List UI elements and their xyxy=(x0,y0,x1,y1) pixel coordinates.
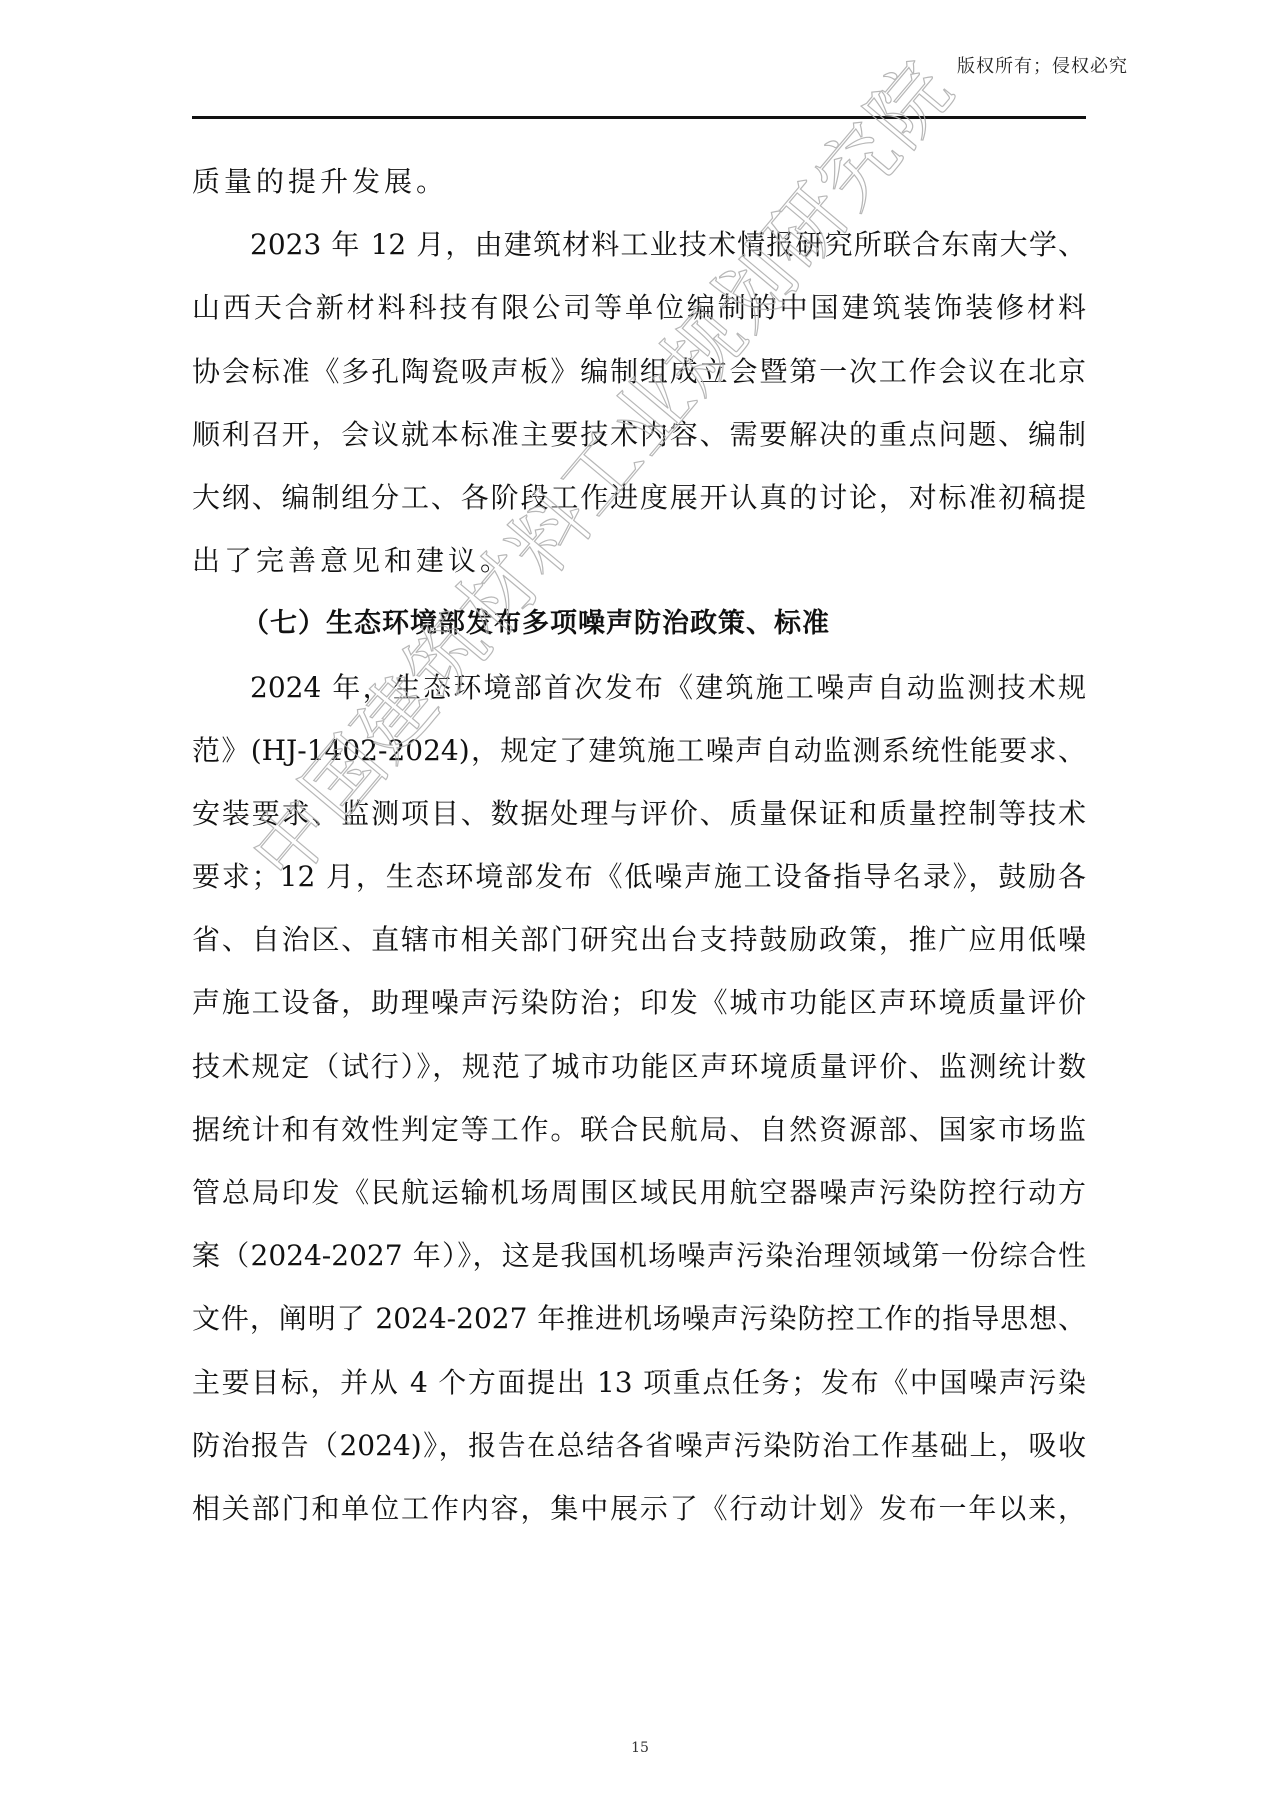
paragraph-line: 案（2024-2027 年）》，这是我国机场噪声污染治理领域第一份综合性 xyxy=(192,1224,1086,1287)
paragraph-line: 相关部门和单位工作内容，集中展示了《行动计划》发布一年以来， xyxy=(192,1477,1086,1540)
document-body: 质量的提升发展。 2023 年 12 月，由建筑材料工业技术情报研究所联合东南大… xyxy=(192,150,1086,1540)
page-number: 15 xyxy=(0,1740,1280,1756)
paragraph-line: 2024 年，生态环境部首次发布《建筑施工噪声自动监测技术规 xyxy=(192,656,1086,719)
paragraph-line: 2023 年 12 月，由建筑材料工业技术情报研究所联合东南大学、 xyxy=(192,213,1086,276)
paragraph-line: 安装要求、监测项目、数据处理与评价、质量保证和质量控制等技术 xyxy=(192,782,1086,845)
paragraph-line: 顺利召开，会议就本标准主要技术内容、需要解决的重点问题、编制 xyxy=(192,403,1086,466)
paragraph-line: 技术规定（试行）》，规范了城市功能区声环境质量评价、监测统计数 xyxy=(192,1035,1086,1098)
copyright-header: 版权所有；侵权必究 xyxy=(957,52,1128,78)
header-divider xyxy=(192,116,1086,119)
document-page: 版权所有；侵权必究 质量的提升发展。 2023 年 12 月，由建筑材料工业技术… xyxy=(0,0,1280,1809)
paragraph-line: 出了完善意见和建议。 xyxy=(192,529,1086,592)
paragraph-line: 文件，阐明了 2024-2027 年推进机场噪声污染防控工作的指导思想、 xyxy=(192,1287,1086,1350)
paragraph-line: 防治报告（2024)》，报告在总结各省噪声污染防治工作基础上，吸收 xyxy=(192,1414,1086,1477)
paragraph-line: 管总局印发《民航运输机场周围区域民用航空器噪声污染防控行动方 xyxy=(192,1161,1086,1224)
paragraph-line: 协会标准《多孔陶瓷吸声板》编制组成立会暨第一次工作会议在北京 xyxy=(192,340,1086,403)
paragraph-line: 范》(HJ-1402-2024)，规定了建筑施工噪声自动监测系统性能要求、 xyxy=(192,719,1086,782)
paragraph-line: 据统计和有效性判定等工作。联合民航局、自然资源部、国家市场监 xyxy=(192,1098,1086,1161)
paragraph-line: 质量的提升发展。 xyxy=(192,150,1086,213)
paragraph-line: 要求；12 月，生态环境部发布《低噪声施工设备指导名录》，鼓励各 xyxy=(192,845,1086,908)
paragraph-line: 省、自治区、直辖市相关部门研究出台支持鼓励政策，推广应用低噪 xyxy=(192,908,1086,971)
paragraph-line: 主要目标，并从 4 个方面提出 13 项重点任务；发布《中国噪声污染 xyxy=(192,1351,1086,1414)
paragraph-line: 声施工设备，助理噪声污染防治；印发《城市功能区声环境质量评价 xyxy=(192,971,1086,1034)
paragraph-line: 大纲、编制组分工、各阶段工作进度展开认真的讨论，对标准初稿提 xyxy=(192,466,1086,529)
section-heading: （七）生态环境部发布多项噪声防治政策、标准 xyxy=(192,592,1086,655)
paragraph-line: 山西天合新材料科技有限公司等单位编制的中国建筑装饰装修材料 xyxy=(192,276,1086,339)
